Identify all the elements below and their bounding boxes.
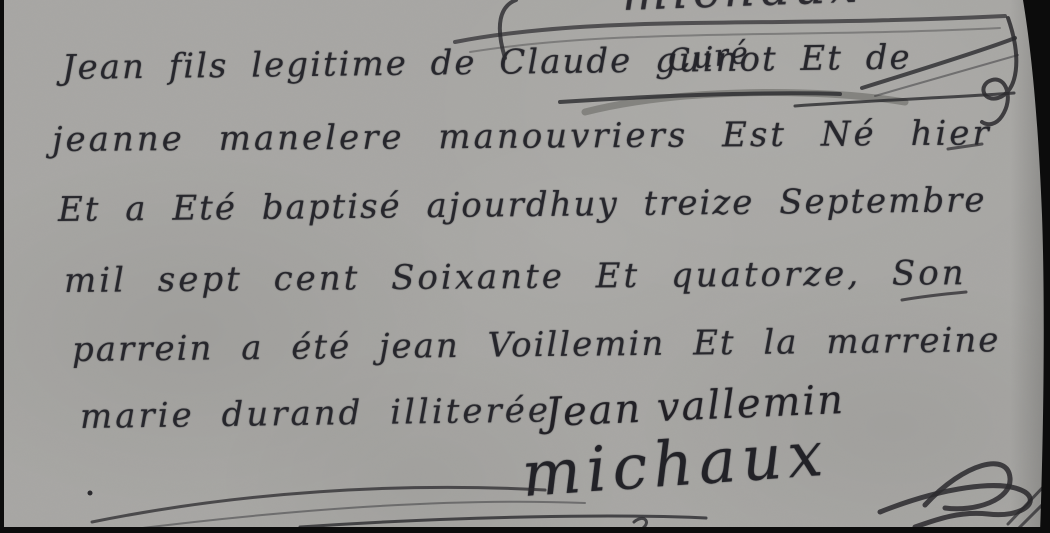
flourish-smudge-arc: [585, 93, 905, 112]
paper-edge-shadow: [1010, 0, 1050, 533]
top-signature-partial: michaux: [621, 0, 863, 22]
scan-edge-bottom: [0, 527, 1050, 533]
rubric-bottom-right-2: [880, 486, 1030, 527]
manuscript-line-1: Jean fils legitime de Claude guinot Et d…: [62, 38, 912, 88]
manuscript-line-3: Et a Eté baptisé ajourdhuy treize Septem…: [58, 180, 987, 230]
flourish-signature-leadin: [92, 487, 545, 522]
scan-edge-left: [0, 0, 4, 533]
flourish-signature-underline: [300, 516, 706, 527]
rubric-bottom-right: [925, 464, 1010, 509]
manuscript-line-2: jeanne manelere manouvriers Est Né hier: [52, 113, 992, 160]
manuscript-line-6: marie durand illiterée: [80, 390, 552, 437]
ink-dot: [88, 491, 93, 496]
manuscript-line-5: parrein a été jean Voillemin Et la marre…: [72, 320, 1001, 370]
manuscript-scan-page: michaux Curé Jean fils legitime de Claud…: [0, 0, 1050, 533]
flourish-strike-line: [560, 93, 840, 102]
manuscript-line-4: mil sept cent Soixante Et quatorze, Son: [64, 253, 967, 301]
flourish-filler-line1: [795, 93, 1014, 106]
